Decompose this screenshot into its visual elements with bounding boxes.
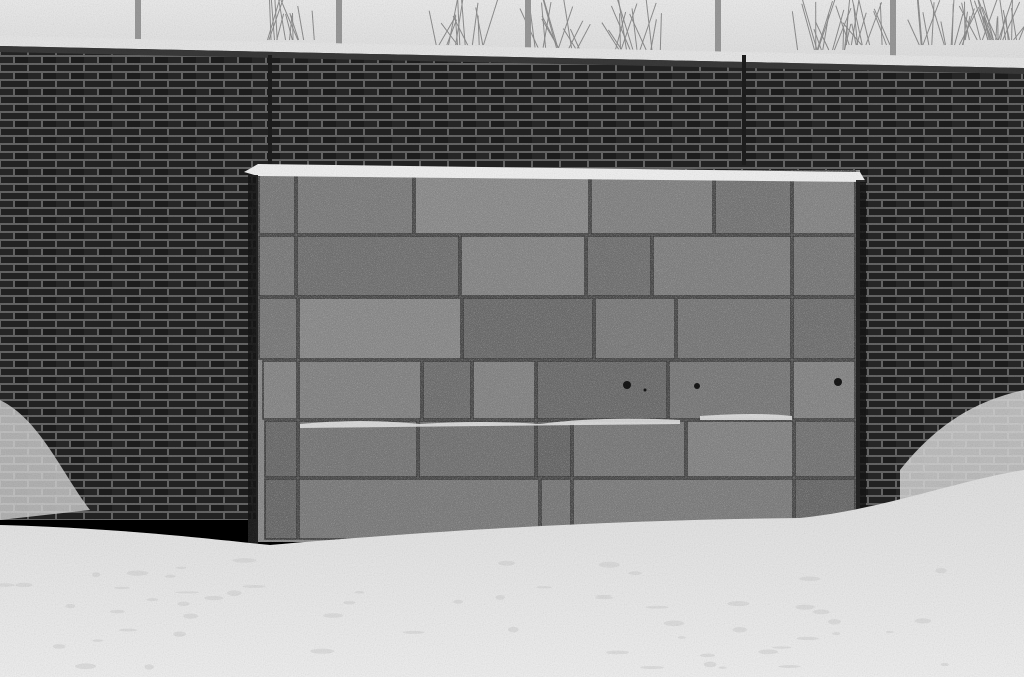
stone-block <box>423 361 471 419</box>
stone-block <box>687 421 793 477</box>
light-pole <box>715 0 721 60</box>
bullet-hole <box>694 383 700 389</box>
bullet-hole <box>623 381 631 389</box>
stone-block <box>265 479 297 539</box>
stone-block <box>669 361 791 419</box>
stone-block <box>573 421 685 477</box>
stone-block <box>299 361 421 419</box>
stone-block <box>463 298 593 359</box>
stone-block <box>265 421 297 477</box>
stone-block <box>263 361 297 419</box>
bullet-hole <box>644 389 647 392</box>
stone-block <box>591 171 713 234</box>
stone-block <box>259 171 295 234</box>
stone-block <box>473 361 535 419</box>
stone-block <box>595 298 675 359</box>
stone-block <box>793 298 855 359</box>
stone-block <box>299 421 417 477</box>
stone-block <box>587 236 651 296</box>
stone-block <box>677 298 791 359</box>
stone-block <box>537 361 667 419</box>
stone-block <box>259 298 297 359</box>
stone-execution-wall <box>256 170 860 542</box>
stone-block <box>793 361 855 419</box>
stone-block <box>259 236 295 296</box>
stone-block <box>415 171 589 234</box>
stone-block <box>795 421 855 477</box>
stone-block <box>419 421 535 477</box>
stone-block <box>461 236 585 296</box>
stone-block <box>299 298 461 359</box>
photo-canvas <box>0 0 1024 677</box>
stone-block <box>297 236 459 296</box>
stone-block <box>653 236 791 296</box>
photograph: Snow-covered courtyard in front of a tal… <box>0 0 1024 677</box>
stone-block <box>793 236 855 296</box>
light-pole <box>890 0 896 60</box>
stone-block <box>537 421 571 477</box>
stone-block <box>297 171 413 234</box>
bullet-hole <box>834 378 842 386</box>
